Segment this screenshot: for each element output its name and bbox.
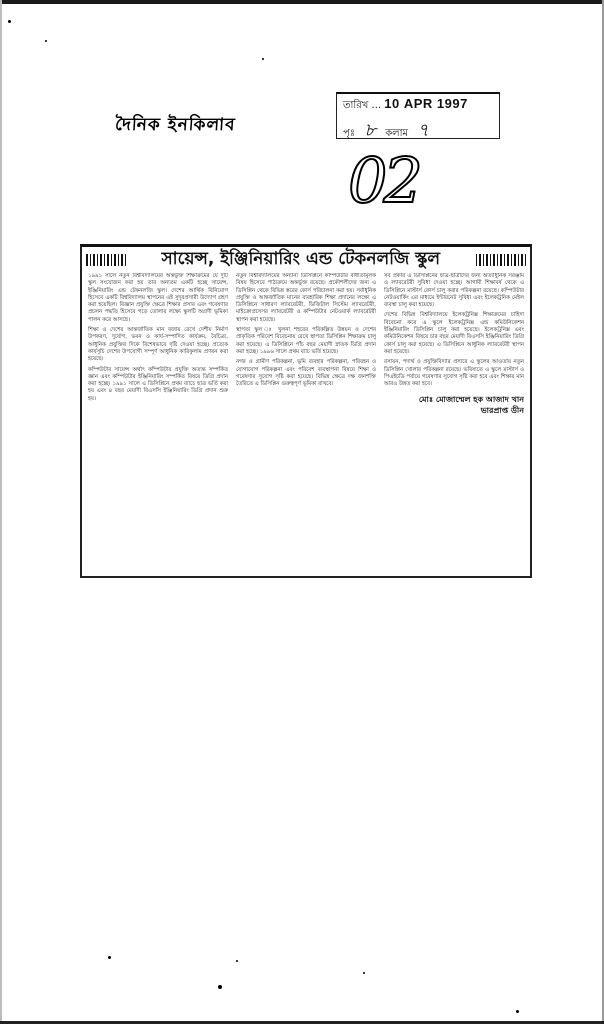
article-clipping: সায়েন্স, ইঞ্জিনিয়ারিং এন্ড টেকনলজি স্ক…: [80, 244, 532, 578]
stamp-page-label: পৃঃ: [343, 128, 355, 139]
stamp-date-label: তারিখ: [343, 100, 368, 111]
hatch-decoration-right: [476, 254, 527, 266]
stamp-page-value: ৮: [364, 120, 376, 141]
byline-author: মোঃ মোজাম্মেল হক আজাদ খান: [384, 394, 524, 405]
paragraph: সব প্রকার এ ডিসিপ্লিনের ছাত্র-ছাত্রীদের …: [384, 273, 524, 309]
stamp-column-label: কলাম: [385, 128, 408, 139]
paragraph: রসায়ন, পদার্থ ও প্রযুক্তিবিদ্যার প্রসার…: [384, 359, 524, 388]
article-byline: মোঃ মোজাম্মেল হক আজাদ খান ভারপ্রাপ্ত ডীন: [384, 394, 524, 416]
article-column-2: নতুন বিশ্ববিদ্যালয়ের অন্যান্য ডিসিপ্লিন…: [236, 273, 376, 573]
headline-row: সায়েন্স, ইঞ্জিনিয়ারিং এন্ড টেকনলজি স্ক…: [82, 247, 530, 273]
paragraph: কম্পিউটার সায়েন্স অর্থাৎ কম্পিউটার প্রয…: [88, 367, 228, 403]
scan-top-edge: [0, 0, 604, 4]
scan-left-edge: [0, 0, 2, 1024]
newspaper-masthead: দৈনিক ইনকিলাব: [114, 112, 236, 140]
scan-speck: [516, 1010, 519, 1013]
scan-speck: [363, 972, 365, 974]
paragraph: নগর ও গ্রামীণ পরিকল্পনা, ভূমি ব্যবহার পর…: [236, 359, 376, 388]
scan-speck: [45, 40, 47, 42]
archive-stamp: তারিখ ... 10 APR 1997 পৃঃ ৮ কলাম ৭: [336, 92, 500, 139]
scan-speck: [108, 956, 111, 959]
paragraph: দেশের বিভিন্ন বিশ্ববিদ্যালয়ে ইলেকট্রনিক…: [384, 312, 524, 356]
paragraph: শিক্ষা ও দেশের আন্তর্জাতিক মান বজায় রেখ…: [88, 327, 228, 363]
stamp-date-row: তারিখ ... 10 APR 1997: [343, 96, 468, 115]
article-headline: সায়েন্স, ইঞ্জিনিয়ারিং এন্ড টেকনলজি স্ক…: [126, 246, 476, 274]
stamp-date: 10 APR 1997: [384, 96, 468, 111]
article-column-1: ১৯৯১ সালে নতুন বিশ্ববিদ্যালয়ের অন্তর্ভু…: [88, 273, 228, 573]
stamp-column-value: ৭: [417, 120, 429, 141]
byline-title: ভারপ্রাপ্ত ডীন: [384, 405, 524, 416]
paragraph: ১৯৯১ সালে নতুন বিশ্ববিদ্যালয়ের অন্তর্ভু…: [88, 273, 228, 324]
scan-speck: [8, 20, 11, 23]
stamp-page-row: পৃঃ ৮ কলাম ৭: [343, 116, 435, 147]
article-columns: ১৯৯১ সালে নতুন বিশ্ববিদ্যালয়ের অন্তর্ভু…: [82, 273, 530, 573]
hatch-decoration-left: [86, 254, 126, 266]
handwritten-number: 02: [348, 144, 419, 217]
scan-speck: [218, 985, 222, 989]
scan-speck: [262, 58, 264, 60]
article-column-3: সব প্রকার এ ডিসিপ্লিনের ছাত্র-ছাত্রীদের …: [384, 273, 524, 573]
paragraph: স্থাপত্য স্কুল ঃ খুলনা শহরের পরিকল্পিত উ…: [236, 327, 376, 356]
scan-speck: [236, 960, 238, 962]
paragraph: নতুন বিশ্ববিদ্যালয়ের অন্যান্য ডিসিপ্লিন…: [236, 273, 376, 324]
